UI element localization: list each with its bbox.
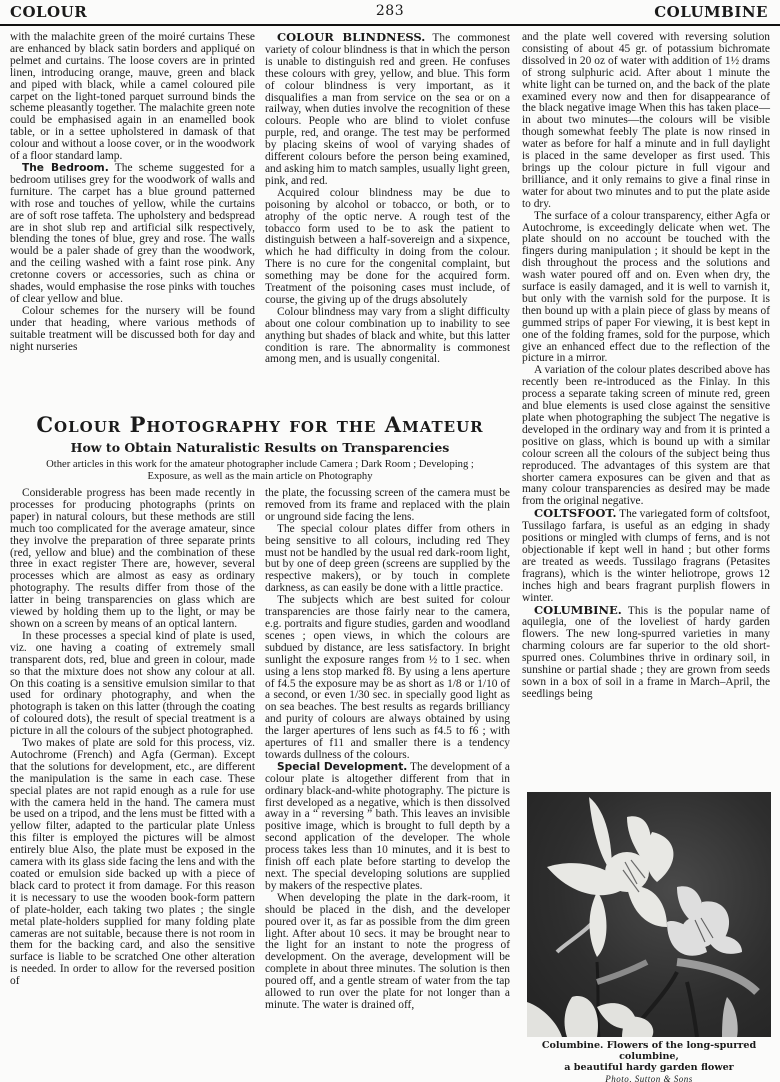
paragraph: The Bedroom. The scheme suggested for a … xyxy=(10,163,255,306)
paragraph-text: Colour blindness may vary from a slight … xyxy=(265,306,510,366)
cross-reference-line-2: Exposure, as well as the main article on… xyxy=(10,471,510,483)
paragraph-text: and the plate well covered with reversin… xyxy=(522,31,770,210)
paragraph: When developing the plate in the dark-ro… xyxy=(265,893,510,1012)
photo-credit: Photo, Sutton & Sons xyxy=(527,1074,771,1082)
article-cross-reference: Other articles in this work for the amat… xyxy=(10,459,510,483)
paragraph-text: The special colour plates differ from ot… xyxy=(265,523,510,595)
entry-heading-colour-blindness: COLOUR BLINDNESS. xyxy=(277,30,425,44)
entry-heading-coltsfoot: COLTSFOOT. xyxy=(534,506,616,520)
paragraph: COLUMBINE. This is the popular name of a… xyxy=(522,605,770,701)
paragraph-text: Considerable progress has been made rece… xyxy=(10,487,255,630)
section-heading-special-development: Special Development. xyxy=(277,761,407,773)
paragraph: In these processes a special kind of pla… xyxy=(10,631,255,738)
paragraph-text: the plate, the focussing screen of the c… xyxy=(265,487,510,523)
running-head-left: COLOUR xyxy=(10,3,87,21)
paragraph-text: When developing the plate in the dark-ro… xyxy=(265,892,510,1011)
paragraph: Colour schemes for the nursery will be f… xyxy=(10,306,255,354)
paragraph-text: The scheme suggested for a bedroom utili… xyxy=(10,162,255,305)
caption-line-1: Columbine. Flowers of the long-spurred c… xyxy=(527,1040,771,1062)
paragraph: and the plate well covered with reversin… xyxy=(522,32,770,211)
paragraph-text: with the malachite green of the moiré cu… xyxy=(10,31,255,162)
entry-heading-columbine: COLUMBINE. xyxy=(534,603,622,617)
paragraph: Two makes of plate are sold for this pro… xyxy=(10,738,255,988)
paragraph: with the malachite green of the moiré cu… xyxy=(10,32,255,163)
column-3: and the plate well covered with reversin… xyxy=(522,32,770,701)
column-1-bottom: Considerable progress has been made rece… xyxy=(10,488,255,988)
paragraph-text: The surface of a colour transparency, ei… xyxy=(522,210,770,365)
figure-caption: Columbine. Flowers of the long-spurred c… xyxy=(527,1040,771,1073)
paragraph: the plate, the focussing screen of the c… xyxy=(265,488,510,524)
paragraph-text: In these processes a special kind of pla… xyxy=(10,630,255,737)
paragraph-text: Two makes of plate are sold for this pro… xyxy=(10,737,255,987)
running-head: 283 COLOUR COLUMBINE xyxy=(0,0,780,26)
column-2-bottom: the plate, the focussing screen of the c… xyxy=(265,488,510,1012)
article-header: Colour Photography for the Amateur How t… xyxy=(10,412,510,483)
article-subtitle: How to Obtain Naturalistic Results on Tr… xyxy=(10,440,510,455)
paragraph-text: Acquired colour blindness may be due to … xyxy=(265,187,510,306)
column-1-top: with the malachite green of the moiré cu… xyxy=(10,32,255,353)
paragraph-text: The development of a colour plate is alt… xyxy=(265,761,510,892)
columbine-photo xyxy=(527,792,771,1037)
paragraph: Special Development. The development of … xyxy=(265,762,510,893)
caption-line-2: a beautiful hardy garden flower xyxy=(527,1062,771,1073)
paragraph: A variation of the colour plates describ… xyxy=(522,365,770,508)
section-heading-bedroom: The Bedroom. xyxy=(22,162,109,174)
paragraph: Colour blindness may vary from a slight … xyxy=(265,307,510,367)
paragraph: The special colour plates differ from ot… xyxy=(265,524,510,595)
paragraph: Acquired colour blindness may be due to … xyxy=(265,188,510,307)
flower-illustration-icon xyxy=(527,792,771,1037)
paragraph-text: The commonest variety of colour blindnes… xyxy=(265,32,510,187)
paragraph-text: The subjects which are best suited for c… xyxy=(265,594,510,761)
column-2-top: COLOUR BLINDNESS. The commonest variety … xyxy=(265,32,510,366)
cross-reference-line-1: Other articles in this work for the amat… xyxy=(10,459,510,471)
paragraph: COLTSFOOT. The variegated form of coltsf… xyxy=(522,508,770,604)
paragraph-text: A variation of the colour plates describ… xyxy=(522,364,770,507)
magazine-page: 283 COLOUR COLUMBINE with the malachite … xyxy=(0,0,780,1082)
paragraph: The subjects which are best suited for c… xyxy=(265,595,510,762)
columbine-figure: Columbine. Flowers of the long-spurred c… xyxy=(527,792,771,1082)
paragraph: Considerable progress has been made rece… xyxy=(10,488,255,631)
paragraph: The surface of a colour transparency, ei… xyxy=(522,211,770,366)
article-title: Colour Photography for the Amateur xyxy=(10,412,510,438)
running-head-right: COLUMBINE xyxy=(654,3,768,21)
paragraph-text: This is the popular name of aquilegia, o… xyxy=(522,605,770,700)
paragraph-text: Colour schemes for the nursery will be f… xyxy=(10,305,255,353)
paragraph-text: The variegated form of coltsfoot, Tussil… xyxy=(522,508,770,603)
paragraph: COLOUR BLINDNESS. The commonest variety … xyxy=(265,32,510,188)
